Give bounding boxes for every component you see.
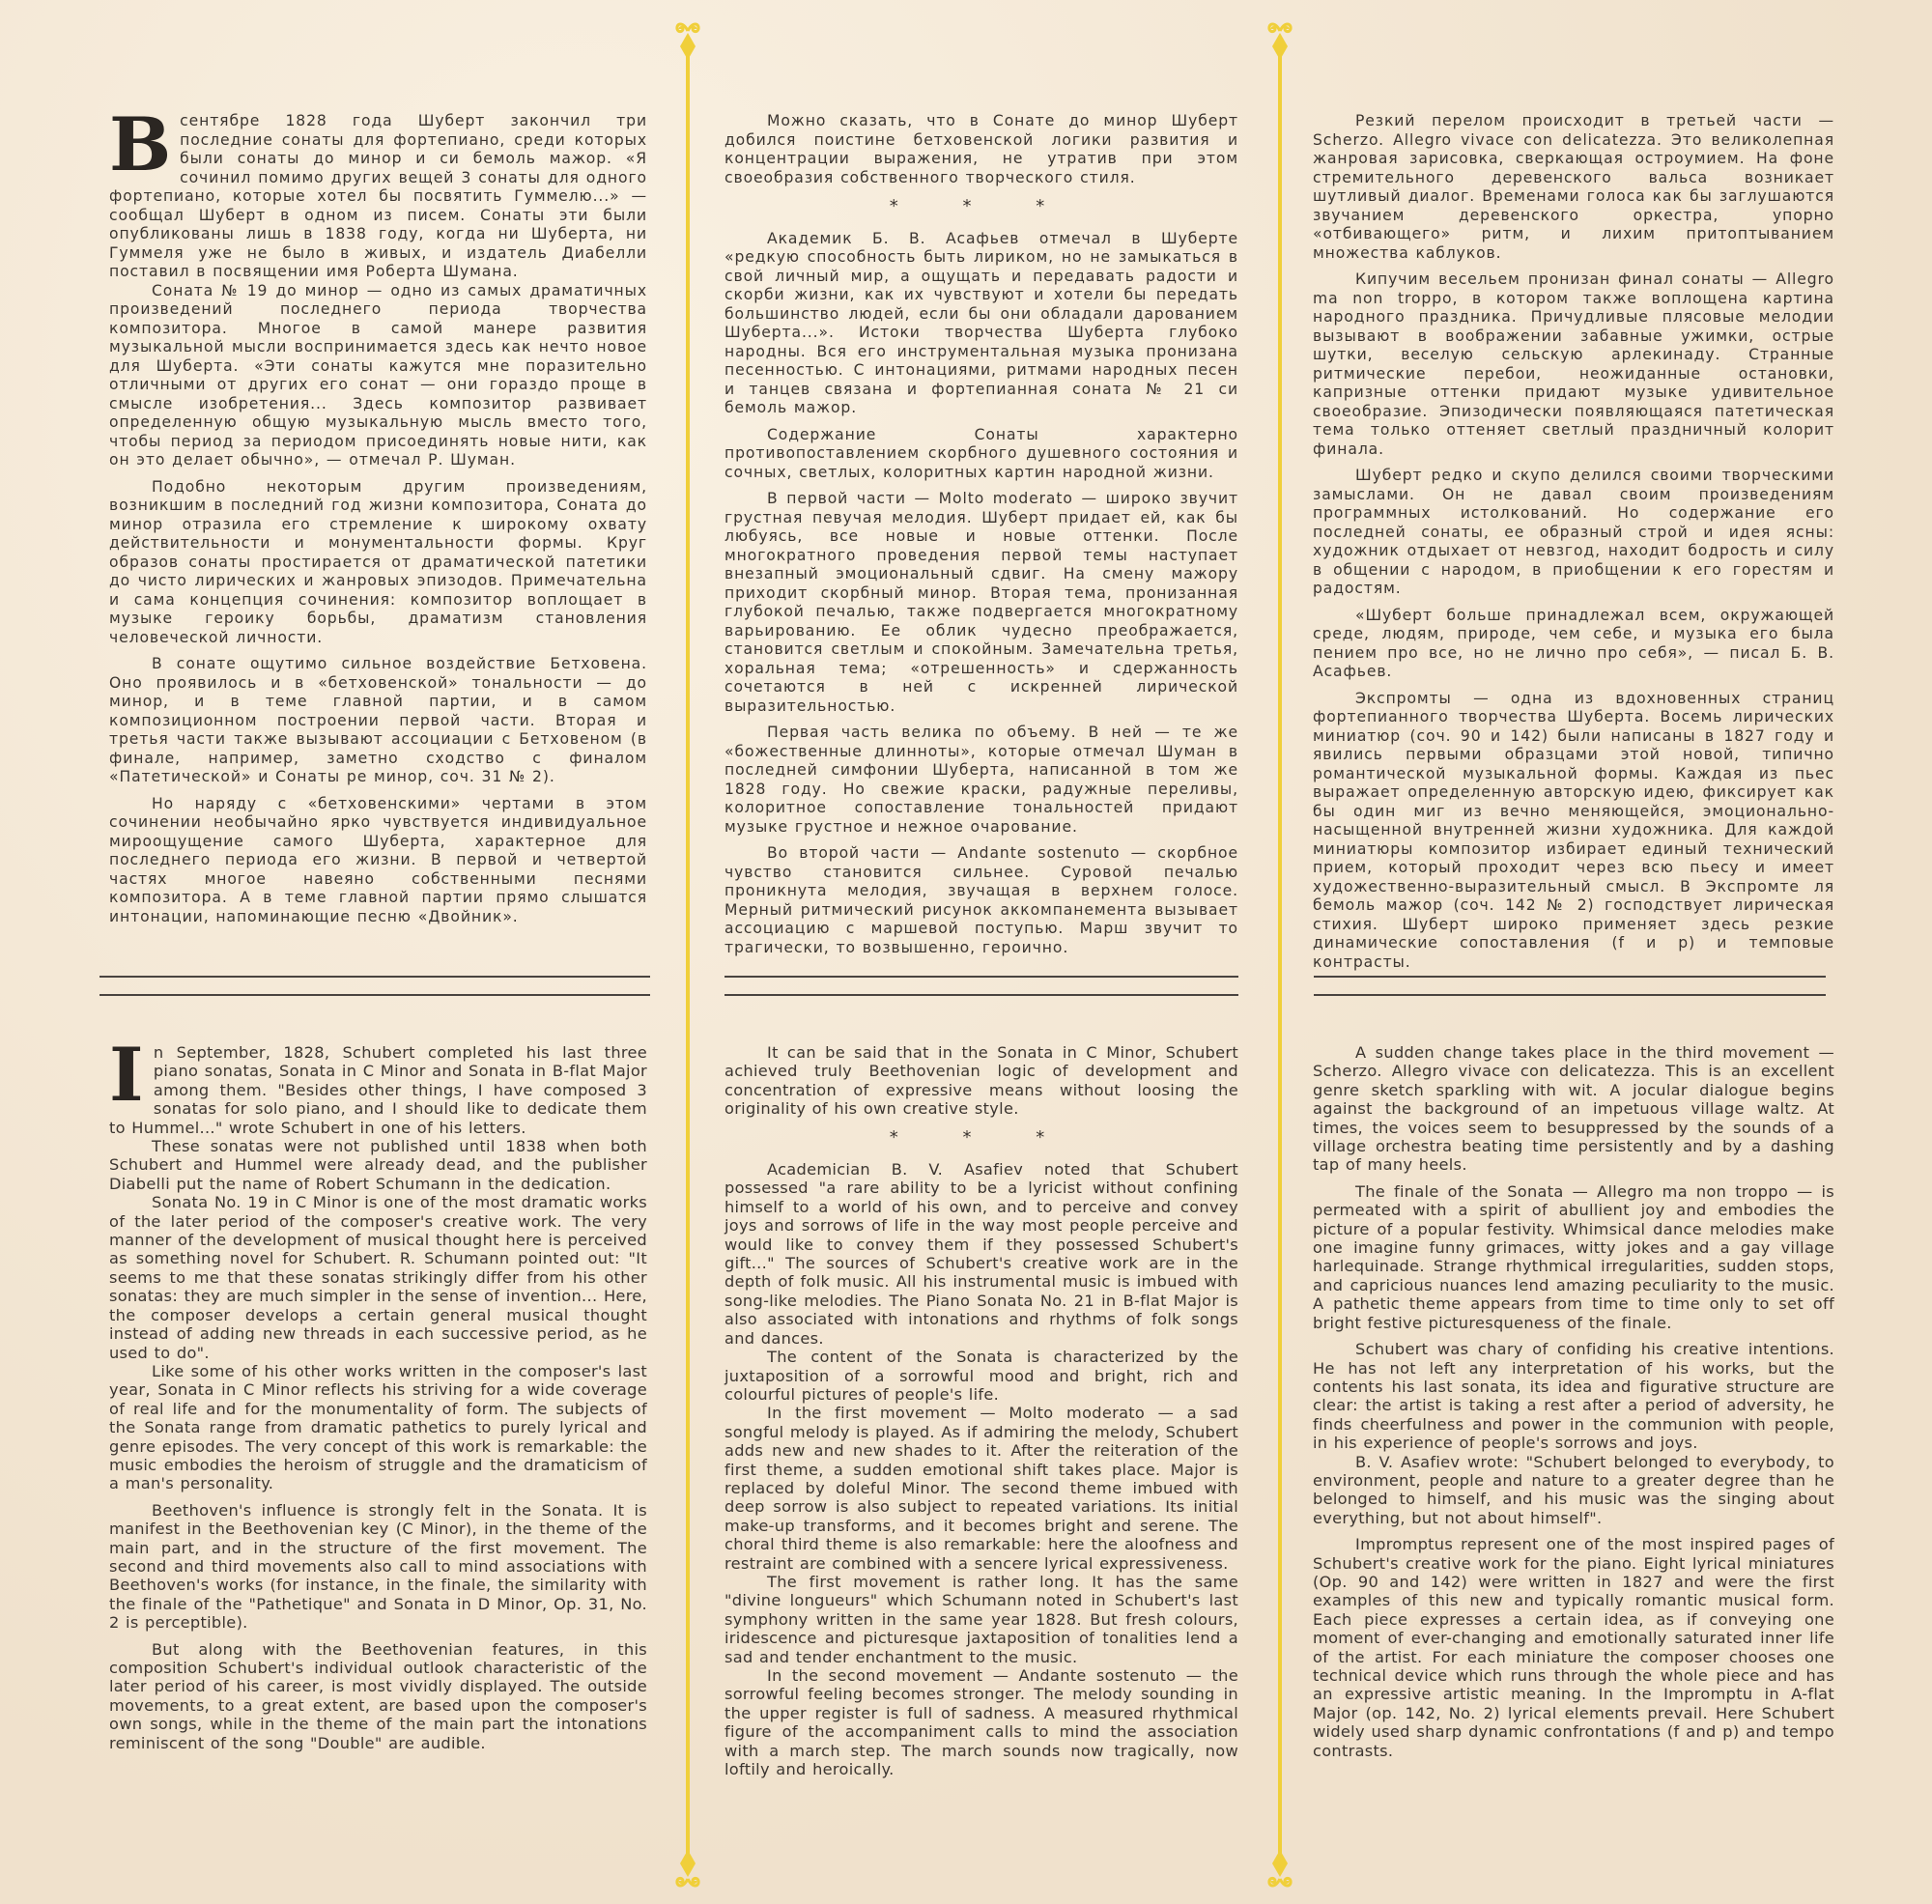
column-divider-left <box>686 39 690 1869</box>
section-separator-2 <box>724 976 1238 1001</box>
section-separator-1 <box>99 976 650 1001</box>
en-paragraph: B. V. Asafiev wrote: "Schubert belonged … <box>1313 1453 1834 1528</box>
section-break-asterisks: * * * <box>724 197 1238 216</box>
en-paragraph: The first movement is rather long. It ha… <box>724 1573 1238 1666</box>
ru-paragraph: Экспромты — одна из вдохновенных страниц… <box>1313 690 1834 973</box>
ru-paragraph: Во второй части — Andante sostenuto — ск… <box>724 844 1238 957</box>
ru-paragraph: Но наряду с «бетховенскими» чертами в эт… <box>109 795 647 927</box>
ru-paragraph: Шуберт редко и скупо делился своими твор… <box>1313 467 1834 599</box>
english-column-1: In September, 1828, Schubert completed h… <box>109 1043 647 1752</box>
en-paragraph: A sudden change takes place in the third… <box>1313 1043 1834 1175</box>
en-paragraph: The finale of the Sonata — Allegro ma no… <box>1313 1182 1834 1332</box>
ru-paragraph: Первая часть велика по объему. В ней — т… <box>724 724 1238 837</box>
ru-paragraph: Подобно некоторым другим произведениям, … <box>109 478 647 648</box>
english-column-3: A sudden change takes place in the third… <box>1313 1043 1834 1760</box>
en-paragraph: In the first movement — Molto moderato —… <box>724 1404 1238 1573</box>
section-separator-3 <box>1314 976 1826 1001</box>
ru-paragraph: Резкий перелом происходит в третьей част… <box>1313 112 1834 263</box>
en-paragraph: Beethoven's influence is strongly felt i… <box>109 1501 647 1633</box>
en-paragraph: Sonata No. 19 in C Minor is one of the m… <box>109 1193 647 1362</box>
drop-cap-ru: В <box>109 114 172 176</box>
en-paragraph: The content of the Sonata is characteriz… <box>724 1348 1238 1404</box>
drop-cap-en: I <box>109 1045 144 1105</box>
ru-paragraph-intro: Всентябре 1828 года Шуберт закончил три … <box>109 112 647 282</box>
en-paragraph: Academician B. V. Asafiev noted that Sch… <box>724 1160 1238 1348</box>
en-paragraph: Schubert was chary of confiding his crea… <box>1313 1340 1834 1452</box>
en-paragraph: But along with the Beethovenian features… <box>109 1640 647 1752</box>
russian-column-3: Резкий перелом происходит в третьей част… <box>1313 112 1834 972</box>
ornament-bottom-left-icon <box>673 1840 702 1898</box>
en-paragraph: These sonatas were not published until 1… <box>109 1137 647 1193</box>
russian-column-2: Можно сказать, что в Сонате до минор Шуб… <box>724 112 1238 957</box>
ru-paragraph: Кипучим весельем пронизан финал сонаты —… <box>1313 270 1834 459</box>
en-paragraph: In the second movement — Andante sostenu… <box>724 1666 1238 1778</box>
ru-paragraph: Можно сказать, что в Сонате до минор Шуб… <box>724 112 1238 187</box>
ru-paragraph: «Шуберт больше принадлежал всем, окружаю… <box>1313 607 1834 682</box>
russian-column-1: Всентябре 1828 года Шуберт закончил три … <box>109 112 647 926</box>
paragraph-text: n September, 1828, Schubert completed hi… <box>109 1043 647 1137</box>
ru-paragraph: Соната № 19 до минор — одно из самых дра… <box>109 282 647 470</box>
en-paragraph: Like some of his other works written in … <box>109 1362 647 1493</box>
ru-paragraph: Содержание Сонаты характерно противопост… <box>724 426 1238 483</box>
ru-paragraph: Академик Б. В. Асафьев отмечал в Шуберте… <box>724 230 1238 418</box>
ornament-bottom-right-icon <box>1265 1840 1294 1898</box>
english-column-2: It can be said that in the Sonata in C M… <box>724 1043 1238 1778</box>
ru-paragraph: В сонате ощутимо сильное воздействие Бет… <box>109 655 647 787</box>
en-paragraph: Impromptus represent one of the most ins… <box>1313 1535 1834 1760</box>
ru-paragraph: В первой части — Molto moderato — широко… <box>724 490 1238 716</box>
section-break-asterisks: * * * <box>724 1128 1238 1147</box>
en-paragraph: It can be said that in the Sonata in C M… <box>724 1043 1238 1119</box>
ornament-top-left-icon <box>673 12 702 70</box>
en-paragraph-intro: In September, 1828, Schubert completed h… <box>109 1043 647 1137</box>
ornament-top-right-icon <box>1265 12 1294 70</box>
column-divider-right <box>1278 39 1282 1869</box>
paragraph-text: сентябре 1828 года Шуберт закончил три п… <box>109 112 647 280</box>
